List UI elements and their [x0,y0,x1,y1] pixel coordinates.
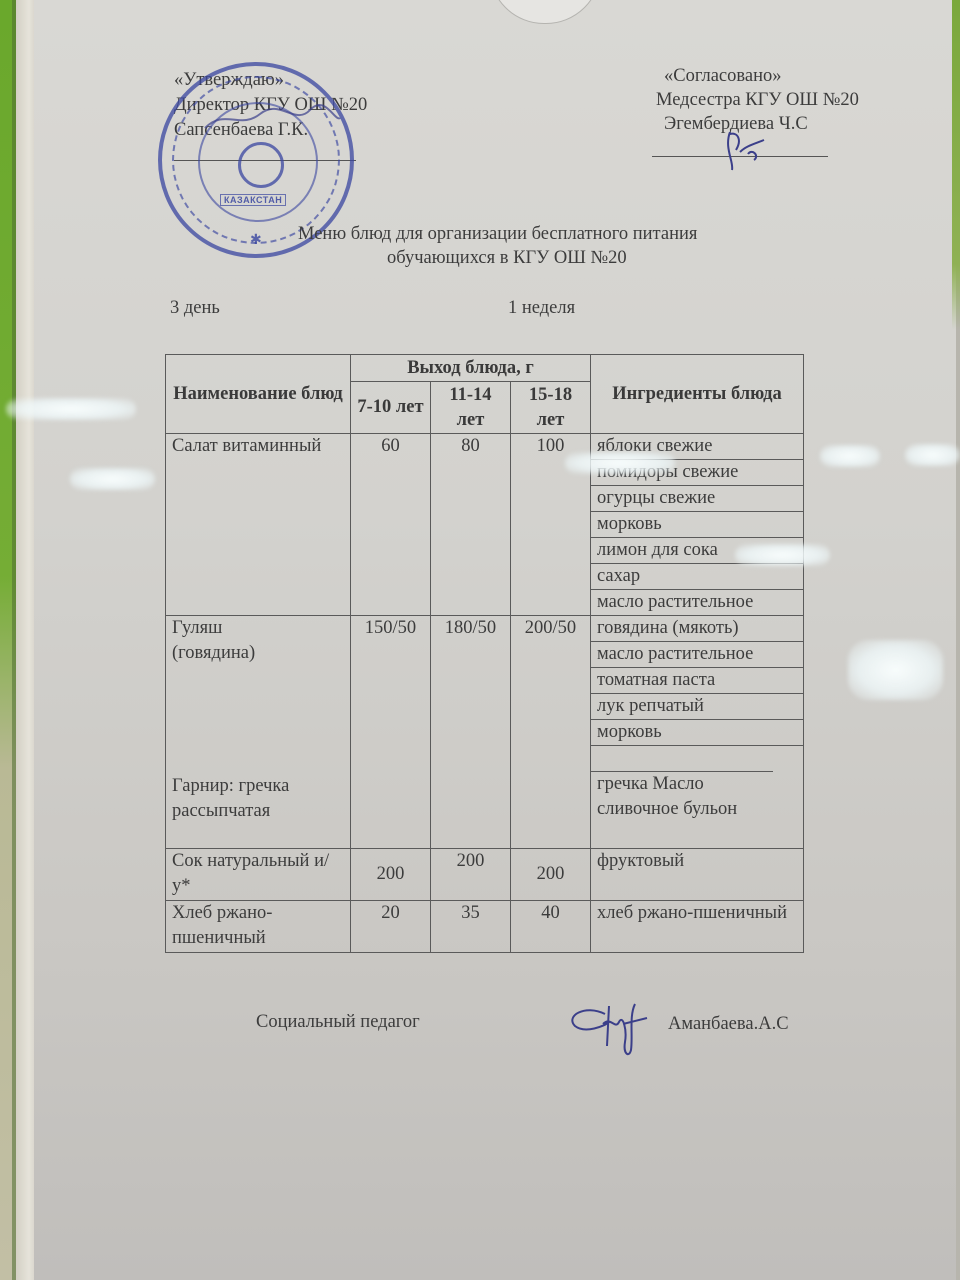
glare-reflection [565,452,675,474]
ingredient-item: томатная паста [591,667,803,693]
dish-name: Гуляш (говядина) [172,616,302,666]
header-age-7-10: 7-10 лет [351,382,431,434]
dish-name: Хлеб ржано-пшеничный [166,901,351,953]
yield-15-18: 200/50 [511,616,591,849]
yield-11-14: 80 [431,434,511,616]
ingredient-item: лук репчатый [591,693,803,719]
ingredient-item: говядина (мякоть) [591,616,803,641]
yield-15-18: 200 [511,849,591,901]
ingredient-item: морковь [591,719,803,745]
day-label: 3 день [170,296,220,320]
dish-name: Салат витаминный [166,434,351,616]
ingredient-item: сахар [591,563,803,589]
agreement-label: «Согласовано» [664,64,782,88]
director-signature-icon [200,100,345,140]
glare-reflection [6,398,136,420]
garnish-name: Гарнир: гречка рассыпчатая [172,774,332,824]
yield-7-10: 200 [351,849,431,901]
yield-11-14: 180/50 [431,616,511,849]
dish-name: Сок натуральный и/у* [166,849,351,901]
stamp-star-icon: ✱ [250,232,262,249]
document-title-line2: обучающихся в КГУ ОШ №20 [387,246,627,270]
stamp-emblem-core [238,142,284,188]
ingredient-item: масло растительное [591,641,803,667]
footer-name: Аманбаева.А.С [668,1012,789,1036]
dish-name-cell: Гуляш (говядина) Гарнир: гречка рассыпча… [166,616,351,849]
stamp-label: КАЗАКСТАН [220,194,286,206]
ingredients-cell: говядина (мякоть) масло растительное том… [591,616,804,849]
glare-reflection [848,640,943,700]
nurse-signature-icon [720,128,770,172]
social-pedagogue-signature-icon [565,996,655,1060]
glare-reflection [820,445,880,467]
table-row: Хлеб ржано-пшеничный 20 35 40 хлеб ржано… [166,901,804,953]
yield-11-14: 35 [431,901,511,953]
yield-7-10: 150/50 [351,616,431,849]
ingredient-item: морковь [591,511,803,537]
table-row: Сок натуральный и/у* 200 200 200 фруктов… [166,849,804,901]
yield-11-14: 200 [431,849,511,901]
ingredient-item: фруктовый [591,849,804,901]
glare-reflection [735,544,830,566]
garnish-ingredients: гречка Масло сливочное бульон [591,771,773,848]
ingredient-item: огурцы свежие [591,485,803,511]
ingredient-item: масло растительное [591,589,803,615]
punch-hole [489,0,601,24]
header-yield: Выход блюда, г [351,355,591,382]
header-age-11-14: 11-14 лет [431,382,511,434]
agreement-title: Медсестра КГУ ОШ №20 [656,88,859,112]
ingredient-item-empty [591,745,803,771]
yield-7-10: 60 [351,434,431,616]
yield-7-10: 20 [351,901,431,953]
header-age-15-18: 15-18 лет [511,382,591,434]
ingredient-item: хлеб ржано-пшеничный [591,901,804,953]
menu-table: Наименование блюд Выход блюда, г Ингреди… [165,354,804,953]
week-label: 1 неделя [508,296,575,320]
glare-reflection [70,468,155,490]
table-row: Салат витаминный 60 80 100 яблоки свежие… [166,434,804,616]
header-ingredients: Ингредиенты блюда [591,355,804,434]
footer-role: Социальный педагог [256,1010,420,1034]
green-frame-right [952,0,960,330]
table-row: Гуляш (говядина) Гарнир: гречка рассыпча… [166,616,804,849]
yield-15-18: 40 [511,901,591,953]
glare-reflection [905,444,960,466]
header-dish-name: Наименование блюд [166,355,351,434]
document-title-line1: Меню блюд для организации бесплатного пи… [298,222,697,246]
